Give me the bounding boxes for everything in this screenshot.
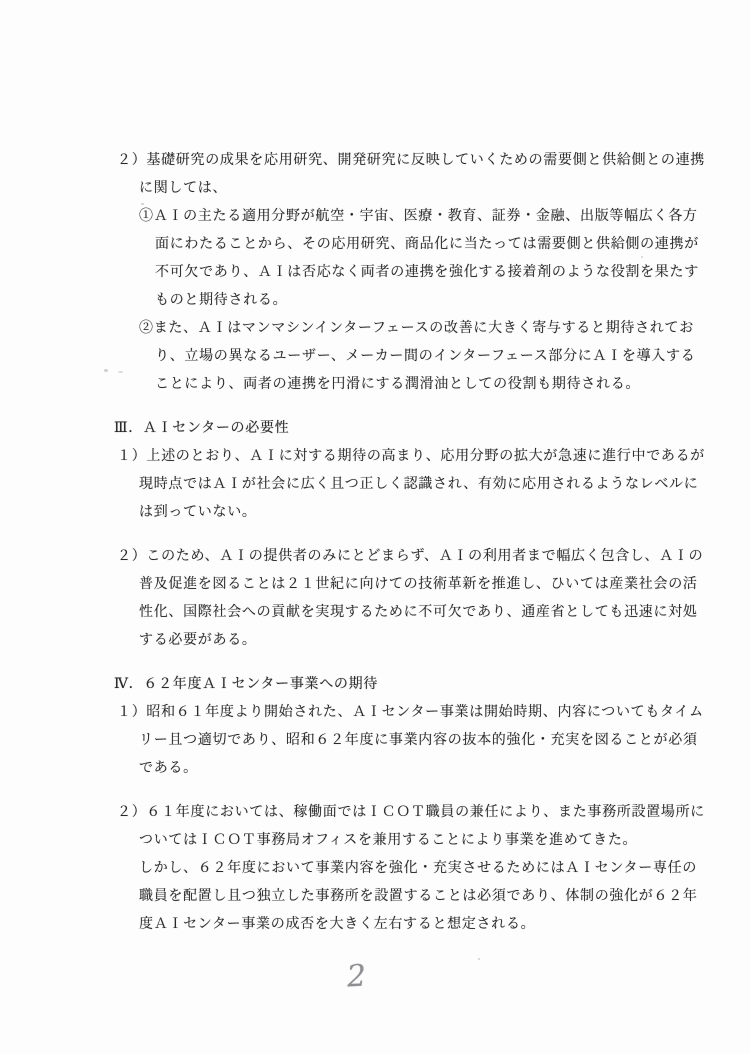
section-heading: Ⅳ．６２年度ＡＩセンター事業への期待 [0,670,750,698]
text-line: ついてはＩＣＯＴ事務局オフィスを兼用することにより事業を進めてきた。 [0,826,750,854]
text-line: 度ＡＩセンター事業の成否を大きく左右すると想定される。 [0,910,750,938]
text-line: しかし、６２年度において事業内容を強化・充実させるためにはＡＩセンター専任の [0,854,750,882]
document-body: ２）基礎研究の成果を応用研究、開発研究に反映していくための需要側と供給側との連携… [0,146,750,938]
text-line: ２）６１年度においては、稼働面ではＩＣＯＴ職員の兼任により、また事務所設置場所に [0,798,750,826]
text-line: 普及促進を図ることは２１世紀に向けての技術革新を推進し、ひいては産業社会の活 [0,570,750,598]
text-line: ことにより、両者の連携を円滑にする潤滑油としての役割も期待される。 [0,370,750,398]
text-line: ②また、ＡＩはマンマシンインターフェースの改善に大きく寄与すると期待されてお [0,314,750,342]
text-line: 性化、国際社会への貢献を実現するために不可欠であり、通産省としても迅速に対処 [0,598,750,626]
text-line: は到っていない。 [0,498,750,526]
scan-speckle [118,371,123,373]
text-line: ①ＡＩの主たる適用分野が航空・宇宙、医療・教育、証券・金融、出版等幅広く各方 [0,202,750,230]
scanned-document-page: ２）基礎研究の成果を応用研究、開発研究に反映していくための需要側と供給側との連携… [0,0,750,1054]
text-line: ものと期待される。 [0,286,750,314]
text-line: に関しては、 [0,174,750,202]
text-line: 面にわたることから、その応用研究、商品化に当たっては需要側と供給側の連携が [0,230,750,258]
text-line: １）上述のとおり、ＡＩに対する期待の高まり、応用分野の拡大が急速に進行中であるが [0,442,750,470]
text-line: する必要がある。 [0,626,750,654]
paragraph: １）昭和６１年度より開始された、ＡＩセンター事業は開始時期、内容についてもタイム… [0,698,750,782]
scan-speckle [104,369,108,372]
text-line: リー且つ適切であり、昭和６２年度に事業内容の抜本的強化・充実を図ることが必須 [0,726,750,754]
paragraph: ２）基礎研究の成果を応用研究、開発研究に反映していくための需要側と供給側との連携… [0,146,750,398]
scan-speckle [478,958,480,960]
heading-line: Ⅲ．ＡＩセンターの必要性 [0,414,750,442]
text-line: ２）このため、ＡＩの提供者のみにとどまらず、ＡＩの利用者まで幅広く包含し、ＡＩの [0,542,750,570]
handwritten-page-number: 2 [346,962,367,993]
heading-line: Ⅳ．６２年度ＡＩセンター事業への期待 [0,670,750,698]
scan-speckle [141,203,144,205]
text-line: １）昭和６１年度より開始された、ＡＩセンター事業は開始時期、内容についてもタイム [0,698,750,726]
paragraph: １）上述のとおり、ＡＩに対する期待の高まり、応用分野の拡大が急速に進行中であるが… [0,442,750,526]
paragraph: ２）６１年度においては、稼働面ではＩＣＯＴ職員の兼任により、また事務所設置場所に… [0,798,750,938]
text-line: である。 [0,754,750,782]
text-line: り、立場の異なるユーザー、メーカー間のインターフェース部分にＡＩを導入する [0,342,750,370]
section-heading: Ⅲ．ＡＩセンターの必要性 [0,414,750,442]
text-line: 不可欠であり、ＡＩは否応なく両者の連携を強化する接着剤のような役割を果たす [0,258,750,286]
scan-speckle [641,256,643,258]
text-line: 職員を配置し且つ独立した事務所を設置することは必須であり、体制の強化が６２年 [0,882,750,910]
text-line: ２）基礎研究の成果を応用研究、開発研究に反映していくための需要側と供給側との連携 [0,146,750,174]
paragraph: ２）このため、ＡＩの提供者のみにとどまらず、ＡＩの利用者まで幅広く包含し、ＡＩの… [0,542,750,654]
text-line: 現時点ではＡＩが社会に広く且つ正しく認識され、有効に応用されるようなレベルに [0,470,750,498]
